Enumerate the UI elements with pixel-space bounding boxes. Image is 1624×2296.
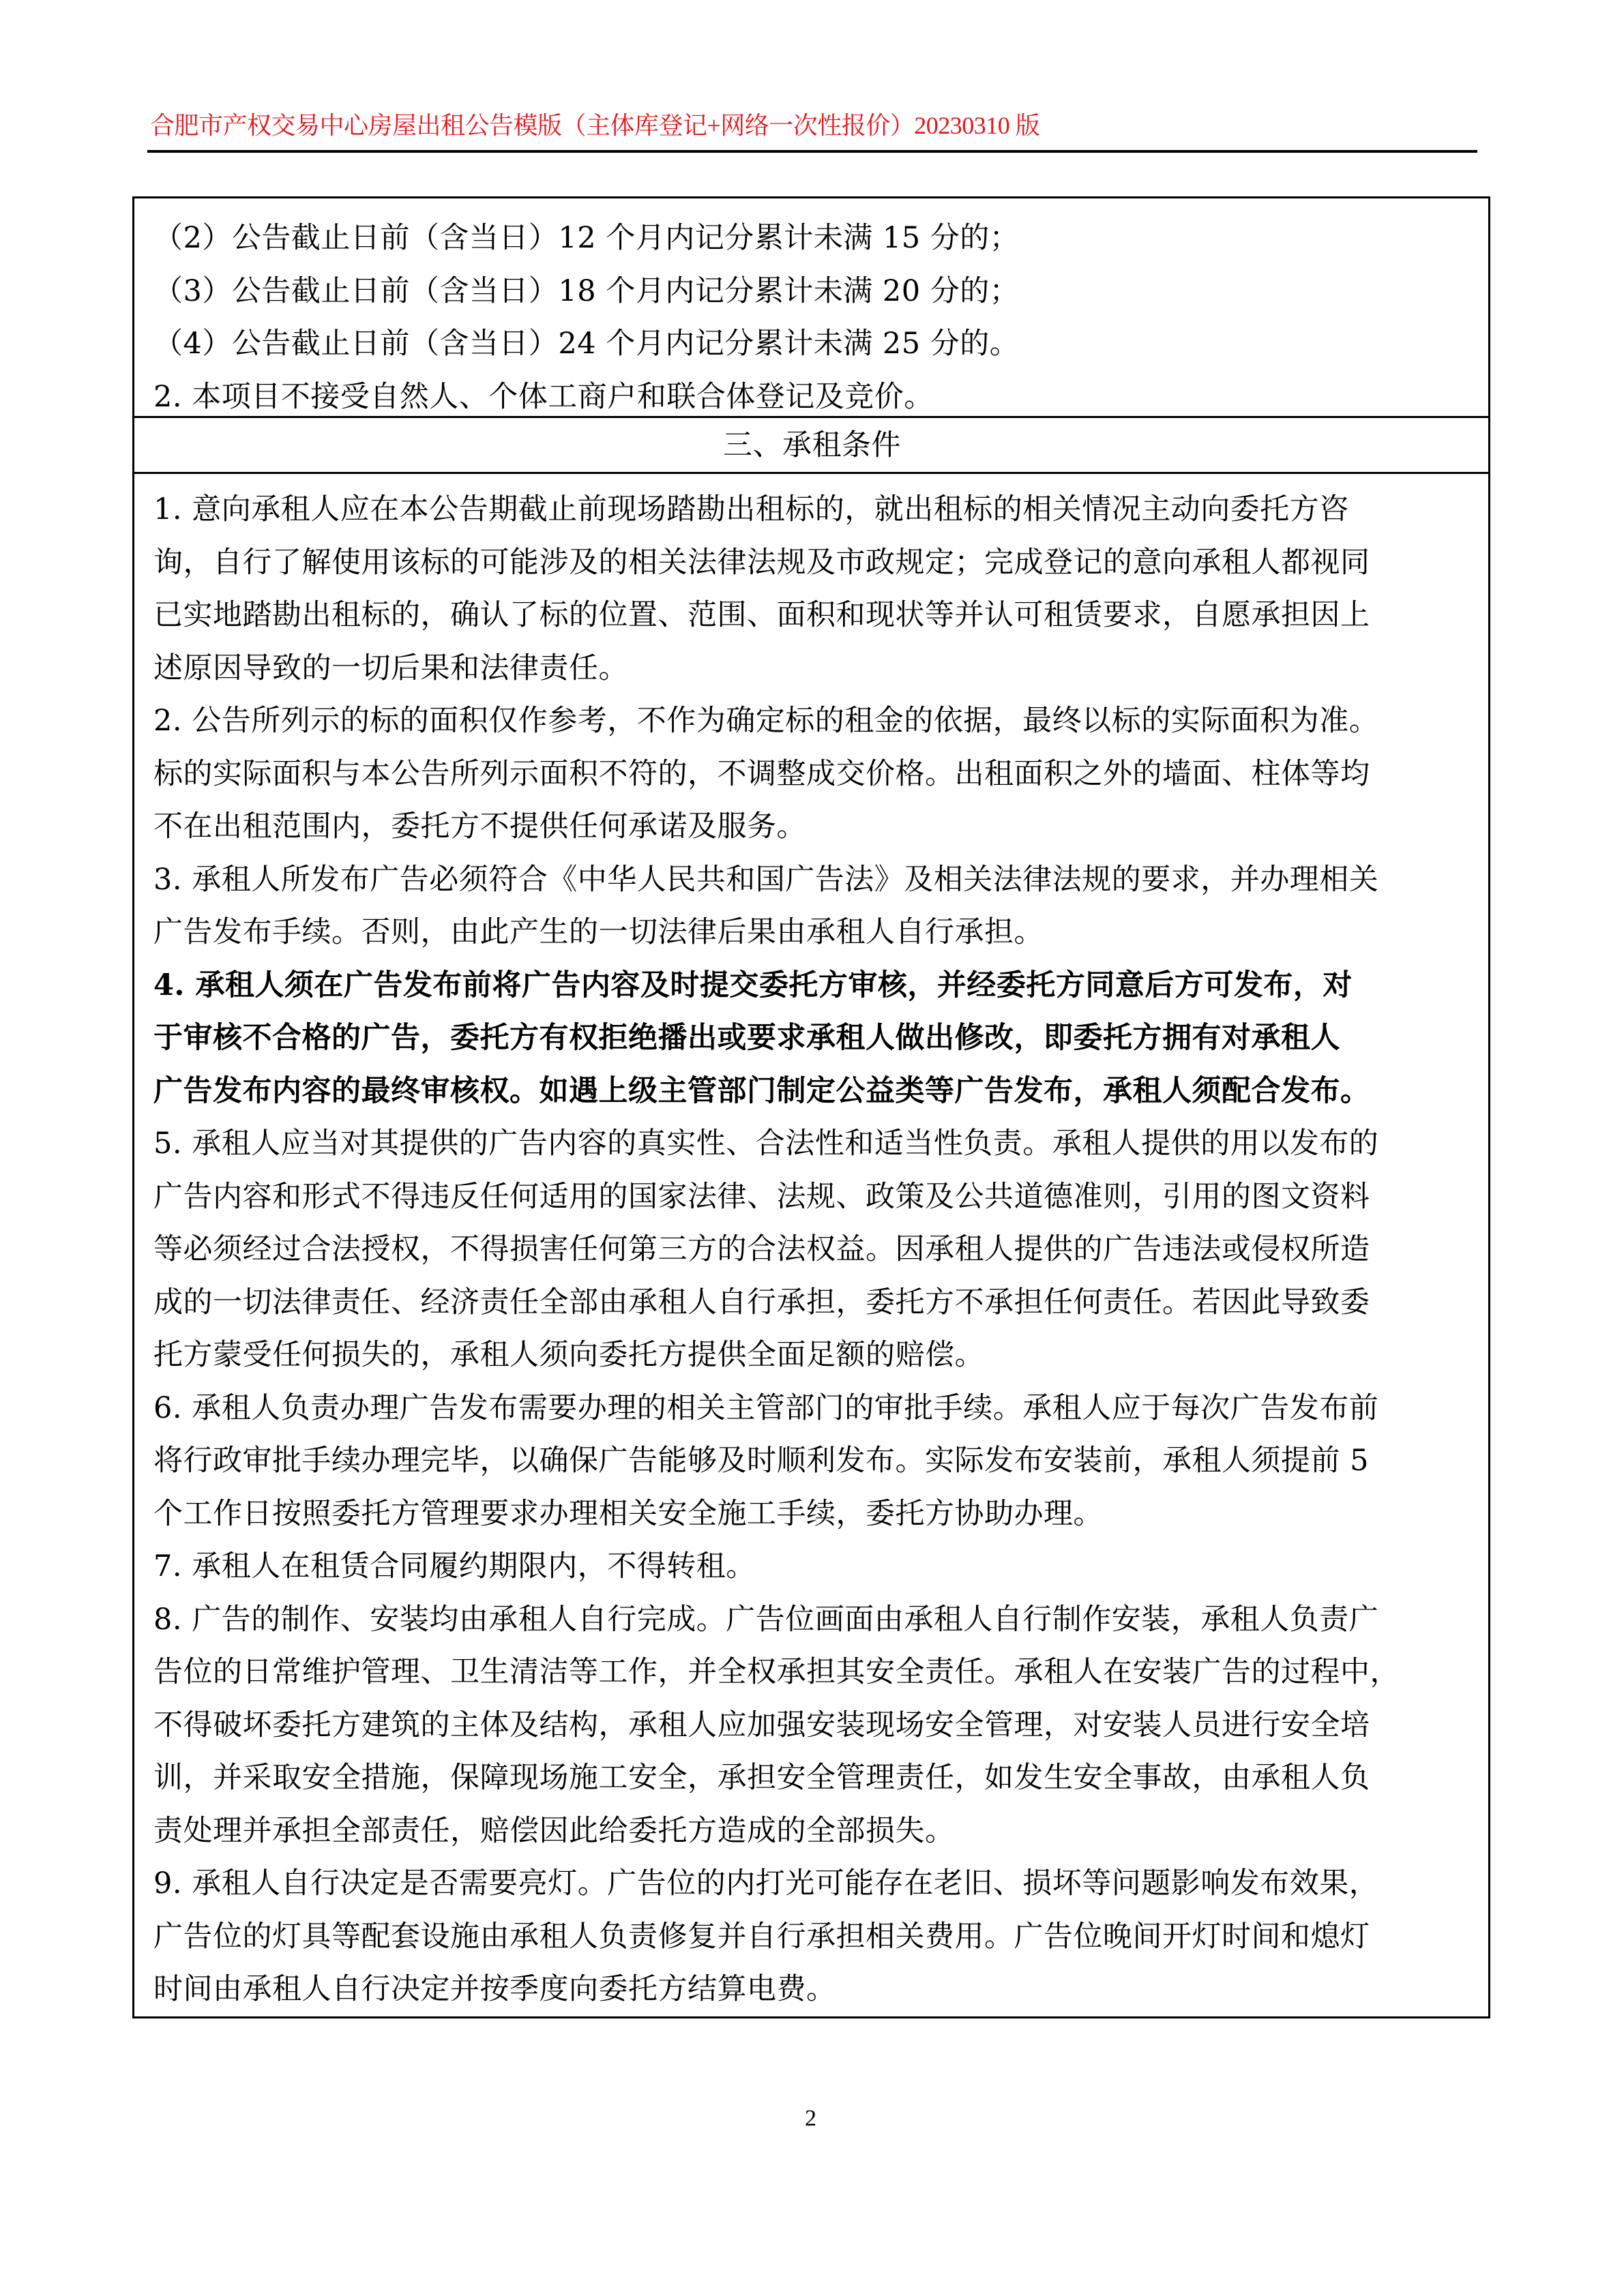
condition-line: 责处理并承担全部责任，赔偿因此给委托方造成的全部损失。 (153, 1805, 1471, 1858)
condition-line: 3. 承租人所发布广告必须符合《中华人民共和国广告法》及相关法律法规的要求，并办… (153, 854, 1471, 907)
condition-item-3: 3. 承租人所发布广告必须符合《中华人民共和国广告法》及相关法律法规的要求，并办… (153, 854, 1471, 959)
condition-line: 等必须经过合法授权，不得损害任何第三方的合法权益。因承租人提供的广告违法或侵权所… (153, 1223, 1471, 1277)
condition-item-9: 9. 承租人自行决定是否需要亮灯。广告位的内打光可能存在老旧、损坏等问题影响发布… (153, 1858, 1471, 2016)
condition-line: 不在出租范围内，委托方不提供任何承诺及服务。 (153, 801, 1471, 854)
condition-item-5: 5. 承租人应当对其提供的广告内容的真实性、合法性和适当性负责。承租人提供的用以… (153, 1118, 1471, 1382)
announcement-table: （2）公告截止日前（含当日）12 个月内记分累计未满 15 分的； （3）公告截… (132, 196, 1490, 2018)
condition-line: 标的实际面积与本公告所列示面积不符的，不调整成交价格。出租面积之外的墙面、柱体等… (153, 748, 1471, 801)
condition-line: 于审核不合格的广告，委托方有权拒绝播出或要求承租人做出修改，即委托方拥有对承租人 (153, 1012, 1471, 1065)
condition-line: 8. 广告的制作、安装均由承租人自行完成。广告位画面由承租人自行制作安装，承租人… (153, 1594, 1471, 1647)
condition-line: 广告内容和形式不得违反任何适用的国家法律、法规、政策及公共道德准则，引用的图文资… (153, 1171, 1471, 1224)
condition-line: 述原因导致的一切后果和法律责任。 (153, 642, 1471, 696)
condition-line: 5. 承租人应当对其提供的广告内容的真实性、合法性和适当性负责。承租人提供的用以… (153, 1118, 1471, 1171)
condition-line: 广告位的灯具等配套设施由承租人负责修复并自行承担相关费用。广告位晚间开灯时间和熄… (153, 1911, 1471, 1964)
section-title: 三、承租条件 (153, 418, 1471, 473)
eligibility-line: （3）公告截止日前（含当日）18 个月内记分累计未满 20 分的； (153, 265, 1471, 318)
eligibility-line: （4）公告截止日前（含当日）24 个月内记分累计未满 25 分的。 (153, 318, 1471, 371)
condition-line: 广告发布手续。否则，由此产生的一切法律后果由承租人自行承担。 (153, 906, 1471, 959)
condition-line: 已实地踏勘出租标的，确认了标的位置、范围、面积和现状等并认可租赁要求，自愿承担因… (153, 589, 1471, 642)
condition-line: 将行政审批手续办理完毕，以确保广告能够及时顺利发布。实际发布安装前，承租人须提前… (153, 1435, 1471, 1488)
condition-line: 时间由承租人自行决定并按季度向委托方结算电费。 (153, 1963, 1471, 2016)
condition-line: 2. 公告所列示的标的面积仅作参考，不作为确定标的租金的依据，最终以标的实际面积… (153, 695, 1471, 748)
condition-item-7: 7. 承租人在租赁合同履约期限内，不得转租。 (153, 1540, 1471, 1594)
condition-line: 告位的日常维护管理、卫生清洁等工作，并全权承担其安全责任。承租人在安装广告的过程… (153, 1646, 1471, 1699)
condition-line: 4. 承租人须在广告发布前将广告内容及时提交委托方审核，并经委托方同意后方可发布… (153, 959, 1471, 1013)
eligibility-line: （2）公告截止日前（含当日）12 个月内记分累计未满 15 分的； (153, 212, 1471, 265)
header-divider (147, 150, 1477, 153)
condition-item-6: 6. 承租人负责办理广告发布需要办理的相关主管部门的审批手续。承租人应于每次广告… (153, 1382, 1471, 1541)
section-title-row: 三、承租条件 (134, 418, 1488, 474)
condition-line: 成的一切法律责任、经济责任全部由承租人自行承担，委托方不承担任何责任。若因此导致… (153, 1277, 1471, 1330)
condition-item-4: 4. 承租人须在广告发布前将广告内容及时提交委托方审核，并经委托方同意后方可发布… (153, 959, 1471, 1118)
condition-line: 询，自行了解使用该标的可能涉及的相关法律法规及市政规定；完成登记的意向承租人都视… (153, 537, 1471, 590)
condition-item-2: 2. 公告所列示的标的面积仅作参考，不作为确定标的租金的依据，最终以标的实际面积… (153, 695, 1471, 854)
eligibility-continued-row: （2）公告截止日前（含当日）12 个月内记分累计未满 15 分的； （3）公告截… (134, 198, 1488, 418)
eligibility-line: 2. 本项目不接受自然人、个体工商户和联合体登记及竞价。 (153, 371, 1471, 424)
condition-line: 广告发布内容的最终审核权。如遇上级主管部门制定公益类等广告发布，承租人须配合发布… (153, 1065, 1471, 1118)
condition-item-8: 8. 广告的制作、安装均由承租人自行完成。广告位画面由承租人自行制作安装，承租人… (153, 1594, 1471, 1858)
condition-line: 7. 承租人在租赁合同履约期限内，不得转租。 (153, 1540, 1471, 1594)
document-header-title: 合肥市产权交易中心房屋出租公告模版（主体库登记+网络一次性报价）20230310… (150, 110, 1487, 140)
condition-line: 不得破坏委托方建筑的主体及结构，承租人应加强安装现场安全管理，对安装人员进行安全… (153, 1699, 1471, 1753)
condition-line: 训，并采取安全措施，保障现场施工安全，承担安全管理责任，如发生安全事故，由承租人… (153, 1752, 1471, 1805)
condition-line: 6. 承租人负责办理广告发布需要办理的相关主管部门的审批手续。承租人应于每次广告… (153, 1382, 1471, 1435)
page-number: 2 (805, 2106, 816, 2132)
condition-line: 1. 意向承租人应在本公告期截止前现场踏勘出租标的，就出租标的相关情况主动向委托… (153, 483, 1471, 537)
condition-line: 个工作日按照委托方管理要求办理相关安全施工手续，委托方协助办理。 (153, 1488, 1471, 1541)
condition-item-1: 1. 意向承租人应在本公告期截止前现场踏勘出租标的，就出租标的相关情况主动向委托… (153, 483, 1471, 695)
condition-line: 9. 承租人自行决定是否需要亮灯。广告位的内打光可能存在老旧、损坏等问题影响发布… (153, 1858, 1471, 1911)
conditions-row: 1. 意向承租人应在本公告期截止前现场踏勘出租标的，就出租标的相关情况主动向委托… (134, 474, 1488, 2016)
condition-line: 托方蒙受任何损失的，承租人须向委托方提供全面足额的赔偿。 (153, 1329, 1471, 1382)
